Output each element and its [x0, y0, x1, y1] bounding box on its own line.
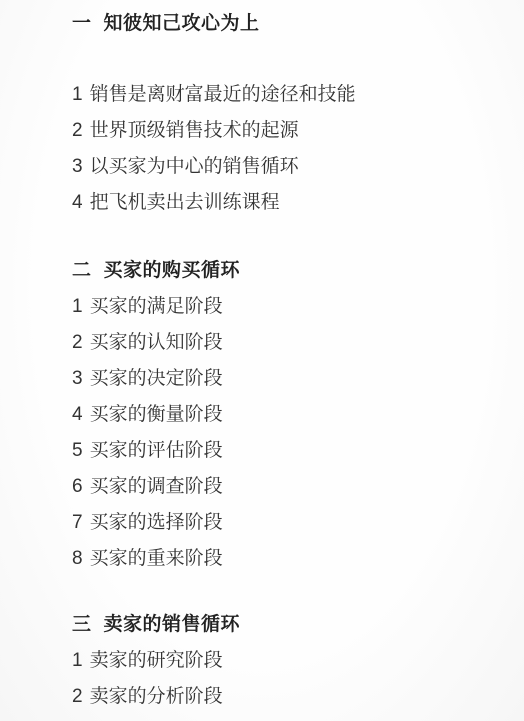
toc-item-number: 1 — [72, 650, 83, 671]
toc-item: 1卖家的研究阶段 — [72, 643, 494, 679]
toc-item-text: 买家的满足阶段 — [90, 296, 223, 317]
toc-item-number: 5 — [72, 440, 83, 461]
toc-item-number: 2 — [72, 332, 83, 353]
toc-item-number: 1 — [72, 296, 83, 317]
toc-item: 2世界顶级销售技术的起源 — [72, 113, 494, 149]
toc-item-text: 买家的评估阶段 — [90, 440, 223, 461]
toc-item-text: 世界顶级销售技术的起源 — [90, 120, 299, 141]
toc-item-number: 3 — [72, 156, 83, 177]
toc-item-number: 2 — [72, 120, 83, 141]
toc-item-number: 7 — [72, 512, 83, 533]
toc-item: 3以买家为中心的销售循环 — [72, 149, 494, 185]
toc-item-text: 买家的重来阶段 — [90, 548, 223, 569]
toc-item-text: 买家的决定阶段 — [90, 368, 223, 389]
toc-item-number: 2 — [72, 686, 83, 707]
toc-item: 7买家的选择阶段 — [72, 505, 494, 541]
toc-item-number: 1 — [72, 84, 83, 105]
toc-item: 4买家的衡量阶段 — [72, 397, 494, 433]
toc-item-number: 8 — [72, 548, 83, 569]
table-of-contents: 一知彼知己攻心为上 1销售是离财富最近的途径和技能 2世界顶级销售技术的起源 3… — [72, 6, 494, 715]
toc-item-text: 买家的选择阶段 — [90, 512, 223, 533]
toc-item: 5买家的评估阶段 — [72, 433, 494, 469]
section-number: 三 — [72, 614, 92, 635]
section-header-2: 二买家的购买循环 — [72, 253, 494, 289]
toc-item: 2买家的认知阶段 — [72, 325, 494, 361]
toc-page: 一知彼知己攻心为上 1销售是离财富最近的途径和技能 2世界顶级销售技术的起源 3… — [0, 0, 524, 721]
toc-item-text: 买家的认知阶段 — [90, 332, 223, 353]
toc-item: 1销售是离财富最近的途径和技能 — [72, 77, 494, 113]
toc-item-number: 6 — [72, 476, 83, 497]
toc-item: 8买家的重来阶段 — [72, 541, 494, 577]
toc-item: 2卖家的分析阶段 — [72, 679, 494, 715]
toc-item-text: 以买家为中心的销售循环 — [90, 156, 299, 177]
toc-item-text: 销售是离财富最近的途径和技能 — [90, 84, 356, 105]
section-number: 二 — [72, 260, 92, 281]
toc-item-text: 卖家的分析阶段 — [90, 686, 223, 707]
toc-item-text: 卖家的研究阶段 — [90, 650, 223, 671]
section-title: 买家的购买循环 — [104, 260, 241, 281]
toc-item-text: 买家的衡量阶段 — [90, 404, 223, 425]
section-title: 知彼知己攻心为上 — [104, 13, 260, 34]
toc-item-number: 4 — [72, 404, 83, 425]
toc-item: 6买家的调查阶段 — [72, 469, 494, 505]
toc-item: 4把飞机卖出去训练课程 — [72, 185, 494, 221]
toc-item-number: 3 — [72, 368, 83, 389]
toc-item-text: 把飞机卖出去训练课程 — [90, 192, 280, 213]
toc-item-text: 买家的调查阶段 — [90, 476, 223, 497]
section-title: 卖家的销售循环 — [104, 614, 241, 635]
section-number: 一 — [72, 13, 92, 34]
section-header-1: 一知彼知己攻心为上 — [72, 6, 494, 42]
toc-item: 1买家的满足阶段 — [72, 289, 494, 325]
toc-item-number: 4 — [72, 192, 83, 213]
toc-item: 3买家的决定阶段 — [72, 361, 494, 397]
section-header-3: 三卖家的销售循环 — [72, 607, 494, 643]
